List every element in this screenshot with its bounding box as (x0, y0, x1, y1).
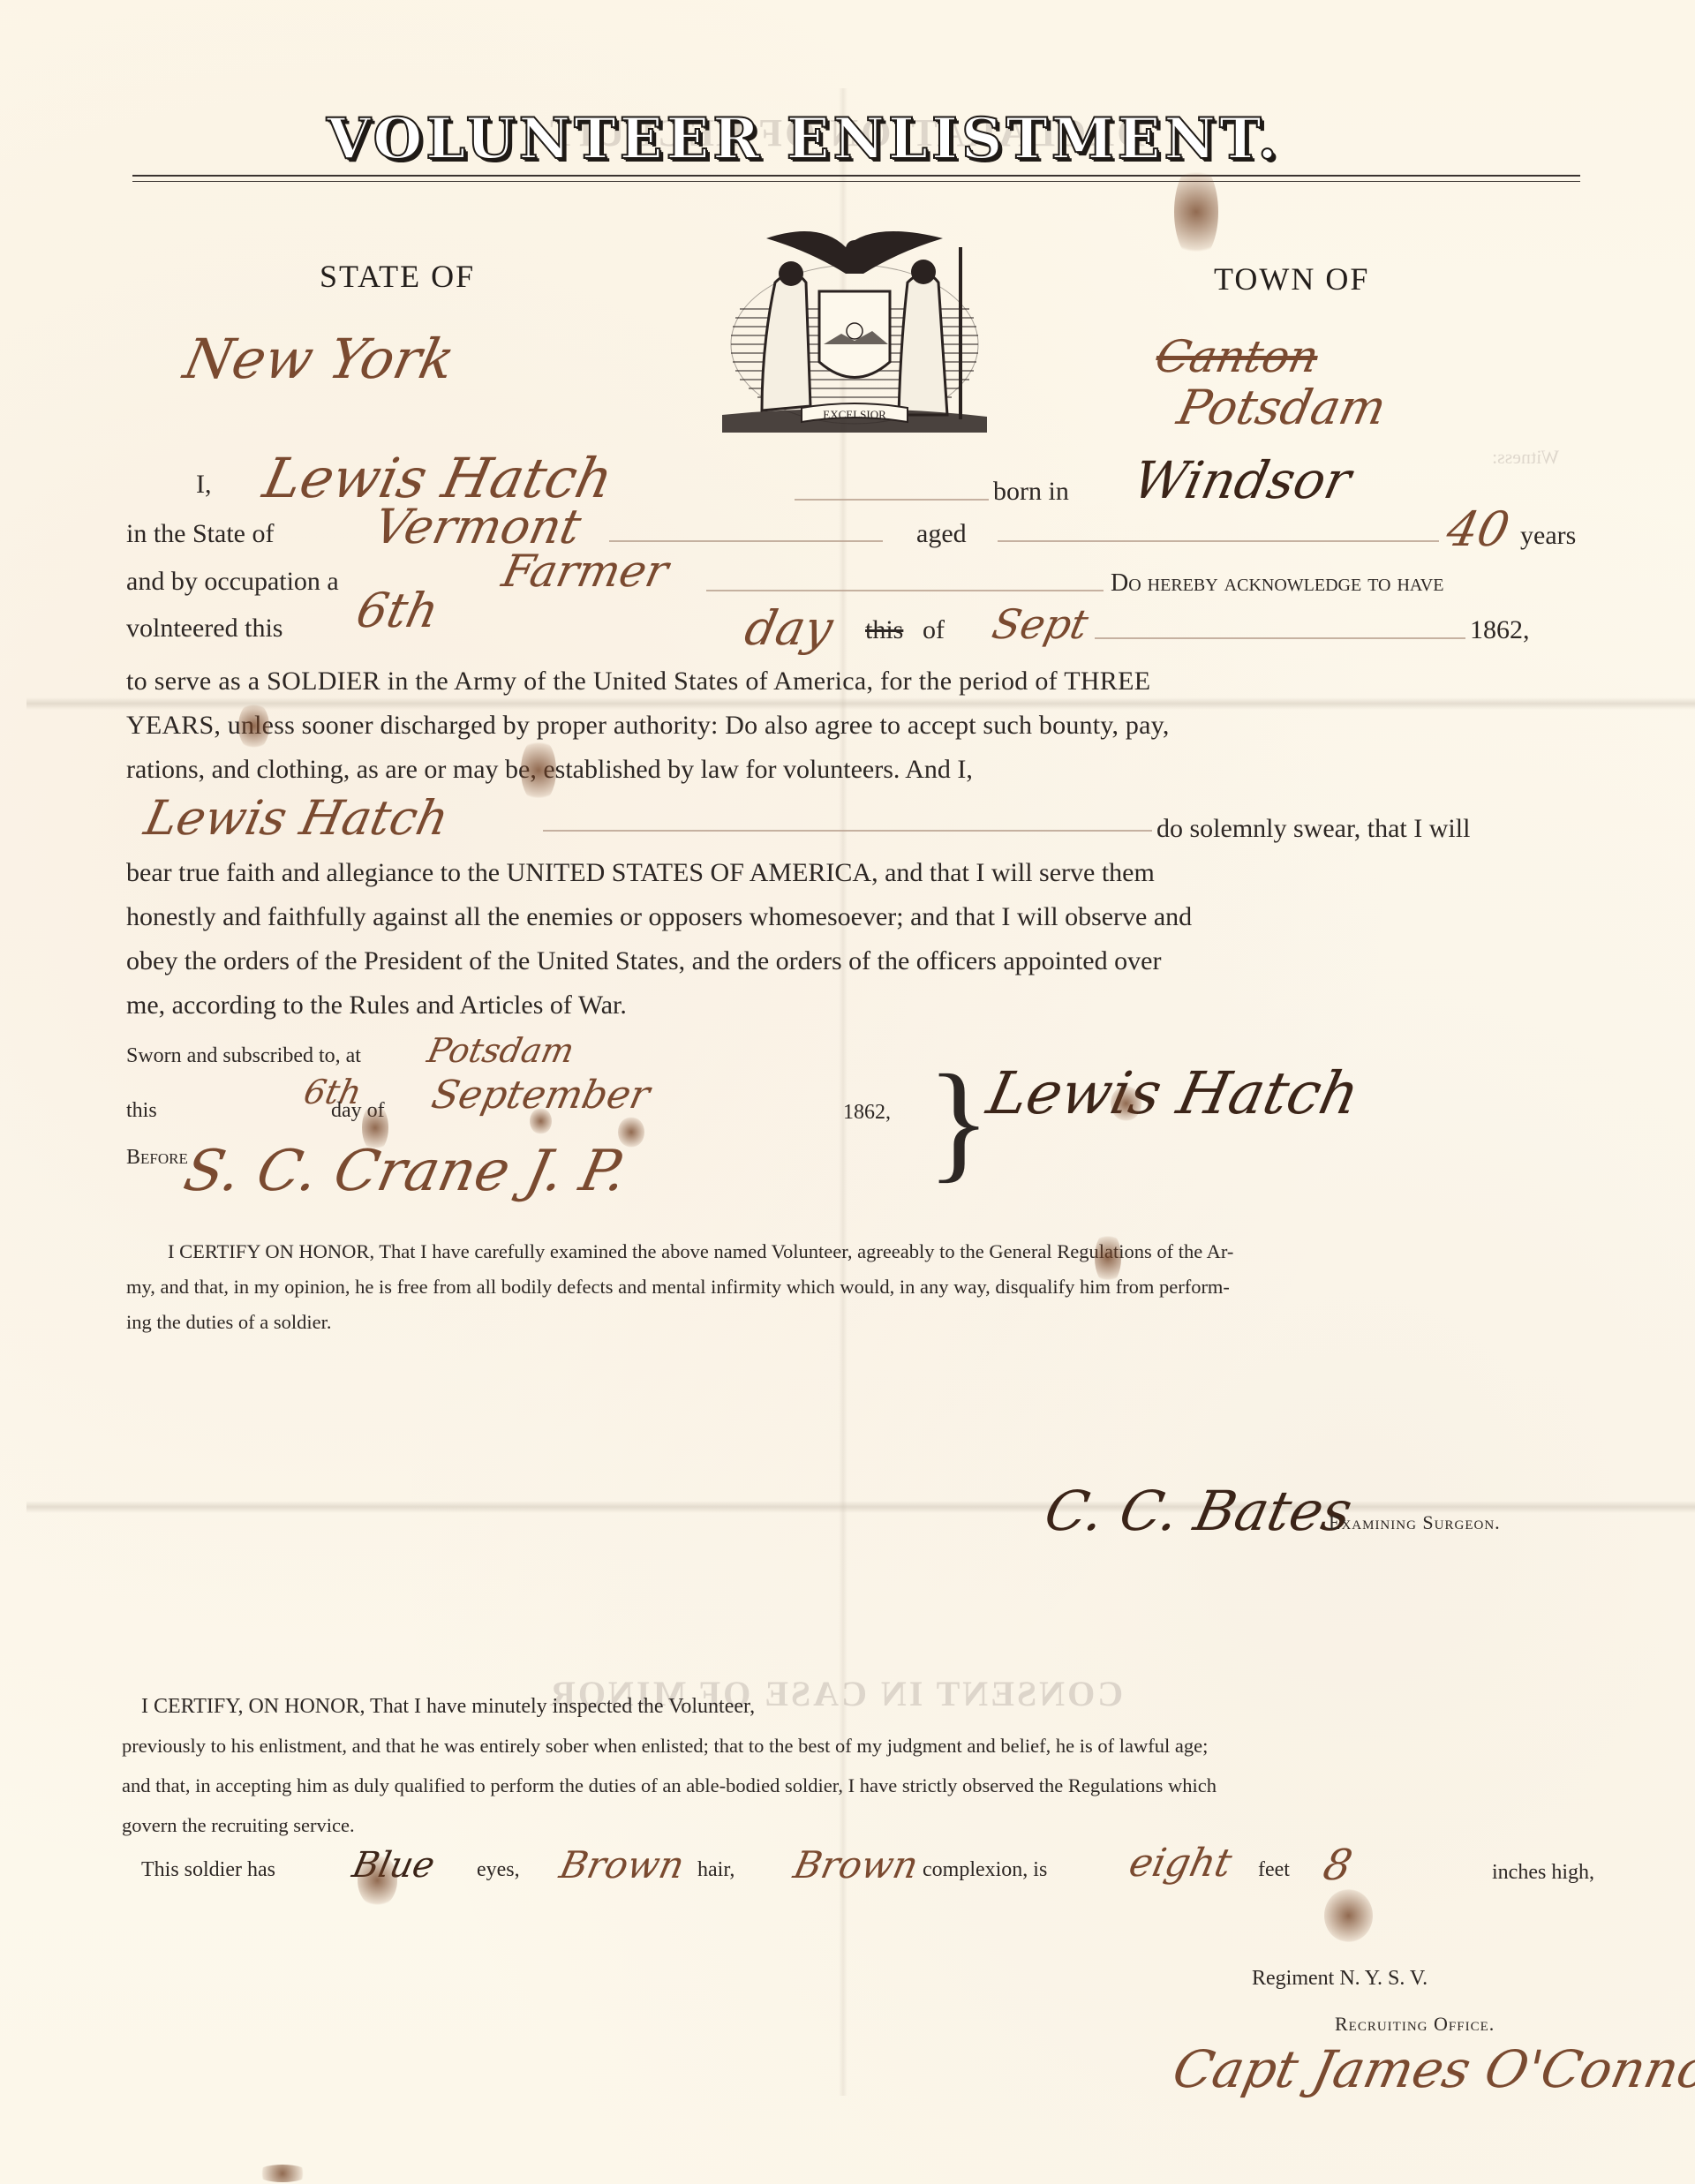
ink-stain (521, 737, 556, 803)
ink-stain (530, 1108, 552, 1134)
hair-label: hair, (697, 1858, 734, 1882)
eyes-label: eyes, (477, 1858, 520, 1882)
ink-stain (362, 1103, 388, 1152)
volunteered-label: volnteered this (126, 614, 282, 644)
born-in-label: born in (993, 477, 1069, 507)
justice-signature: S. C. Crane J. P. (178, 1139, 632, 1204)
feet-label: feet (1258, 1858, 1290, 1882)
title-rule (132, 175, 1580, 177)
recruiter-cert-line-2: previously to his enlistment, and that h… (122, 1735, 1208, 1758)
soldier-description-label: This soldier has (141, 1858, 275, 1882)
regiment-label: Regiment N. Y. S. V. (1252, 1967, 1428, 1991)
fill-line (1095, 637, 1465, 639)
fill-line (706, 590, 1104, 591)
town-value-struck: Canton (1151, 331, 1323, 382)
inches-label: inches high, (1492, 1861, 1594, 1885)
occupation-value: Farmer (498, 546, 673, 597)
seal-motto: EXCELSIOR (823, 408, 886, 421)
town-of-label: TOWN OF (1214, 260, 1369, 297)
this-struck: this (865, 615, 903, 645)
oath-swear-text: do solemnly swear, that I will (1156, 814, 1470, 844)
state-value: New York (178, 327, 460, 391)
ink-stain (238, 702, 269, 750)
title-rule (132, 181, 1580, 182)
age-value: 40 (1442, 501, 1514, 557)
serve-line: to serve as a SOLDIER in the Army of the… (126, 666, 1150, 697)
fill-line (998, 540, 1439, 542)
surgeon-signature: C. C. Bates (1039, 1479, 1358, 1543)
sworn-label: Sworn and subscribed to, at (126, 1044, 361, 1068)
aged-label: aged (916, 519, 967, 549)
fill-line (795, 499, 989, 501)
years-label: years (1520, 521, 1576, 551)
sworn-place-value: Potsdam (424, 1031, 577, 1070)
acknowledge-text: Do hereby acknowledge to have (1111, 569, 1443, 598)
ink-stain (256, 2165, 309, 2182)
oath-line-4: me, according to the Rules and Articles … (126, 990, 627, 1020)
document-title: VOLUNTEER ENLISTMENT. (327, 106, 1281, 172)
before-label: Before (126, 1146, 188, 1170)
sworn-year-value: 1862, (843, 1101, 891, 1125)
occupation-label: and by occupation a (126, 567, 339, 597)
bleed-through-witness: Witness: (1492, 446, 1559, 469)
birthplace-value: Windsor (1128, 450, 1357, 510)
oath-line-3: obey the orders of the President of the … (126, 946, 1161, 976)
hair-value: Brown (556, 1843, 689, 1887)
ink-stain (1095, 1231, 1121, 1284)
year-value: 1862, (1470, 615, 1530, 645)
ink-stain (618, 1117, 644, 1148)
recruiting-office-label: Recruiting Office. (1335, 2013, 1495, 2036)
complexion-value: Brown (790, 1843, 923, 1887)
years-line: YEARS, unless sooner discharged by prope… (126, 711, 1170, 741)
recruiter-cert-line-4: govern the recruiting service. (122, 1814, 355, 1837)
ink-stain (1324, 1889, 1373, 1942)
oath-line-1: bear true faith and allegiance to the UN… (126, 858, 1155, 888)
examining-surgeon-label: Examining Surgeon. (1329, 1511, 1501, 1534)
of-label: of (923, 615, 945, 645)
oath-name: Lewis Hatch (139, 790, 454, 846)
recruiter-signature: Capt James O'Connor (1168, 2039, 1695, 2099)
volunteer-signature: Lewis Hatch (982, 1059, 1366, 1127)
fill-line (609, 540, 883, 542)
volunteer-month-value: Sept (988, 600, 1092, 648)
volunteer-day-value: 6th (351, 583, 443, 638)
surgeon-cert-line-2: my, and that, in my opinion, he is free … (126, 1276, 1230, 1299)
fill-line (543, 830, 1152, 832)
oath-line-2: honestly and faithfully against all the … (126, 902, 1192, 932)
state-of-birth-label: in the State of (126, 519, 274, 549)
sworn-this-label: this (126, 1099, 157, 1123)
surgeon-cert-line-1: I CERTIFY ON HONOR, That I have carefull… (168, 1240, 1233, 1263)
surgeon-cert-line-3: ing the duties of a soldier. (126, 1311, 331, 1334)
fold-crease (26, 697, 1695, 710)
town-value: Potsdam (1172, 380, 1390, 435)
ink-stain (358, 1854, 397, 1907)
complexion-label: complexion, is (923, 1858, 1047, 1882)
new-york-state-seal: EXCELSIOR (713, 212, 996, 441)
brace: } (927, 1055, 991, 1187)
height-feet-value: eight (1126, 1841, 1236, 1886)
ink-stain (1111, 1086, 1141, 1121)
recruiter-cert-line-1: I CERTIFY, ON HONOR, That I have minutel… (141, 1695, 755, 1719)
state-of-label: STATE OF (320, 258, 475, 295)
day-word: day (740, 600, 838, 656)
ink-stain (1174, 163, 1218, 260)
recruiter-cert-line-3: and that, in accepting him as duly quali… (122, 1774, 1217, 1797)
i-prefix: I, (196, 470, 212, 500)
